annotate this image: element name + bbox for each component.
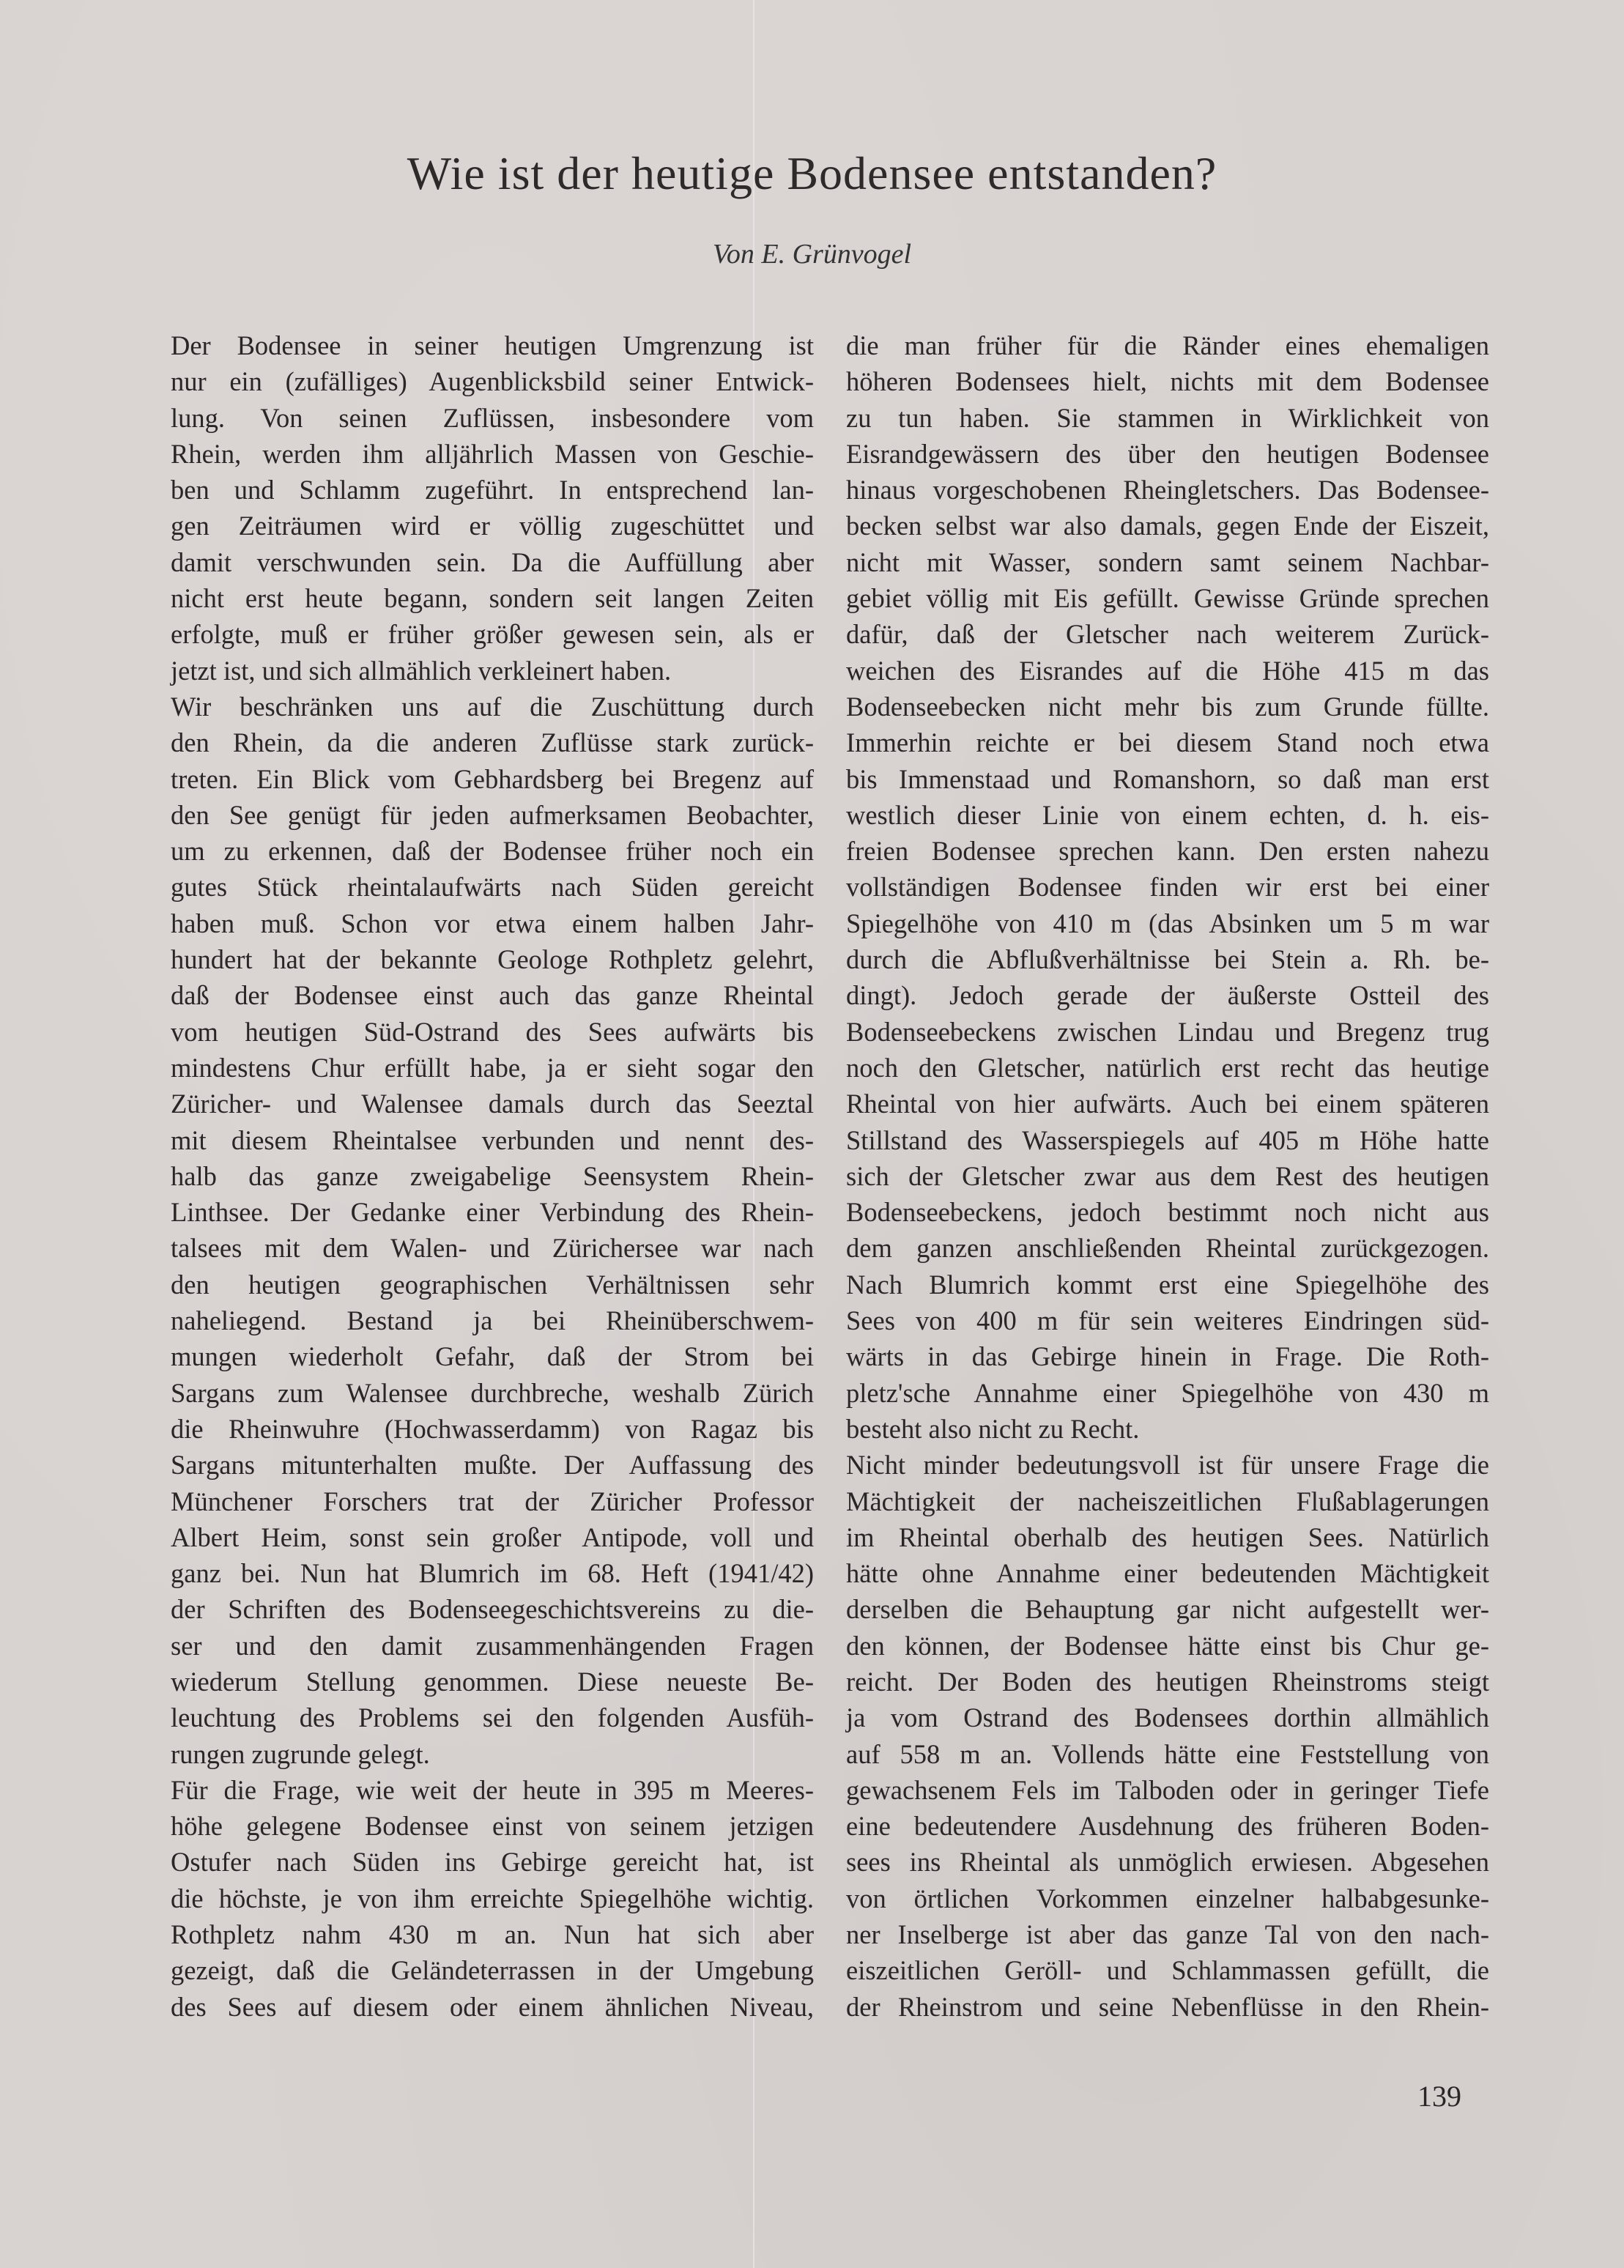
article-byline: Von E. Grünvogel bbox=[0, 238, 1624, 270]
text-line: derselben die Behauptung gar nicht aufge… bbox=[846, 1591, 1489, 1627]
text-line: gutes Stück rheintalaufwärts nach Süden … bbox=[171, 869, 814, 905]
text-line: sich der Gletscher zwar aus dem Rest des… bbox=[846, 1158, 1489, 1194]
text-line: erfolgte, muß er früher größer gewesen s… bbox=[171, 616, 814, 652]
text-line: pletz'sche Annahme einer Spiegelhöhe von… bbox=[846, 1375, 1489, 1411]
text-line: mungen wiederholt Gefahr, daß der Strom … bbox=[171, 1338, 814, 1374]
text-line: lung. Von seinen Zuflüssen, insbesondere… bbox=[171, 400, 814, 436]
text-line: sees ins Rheintal als unmöglich erwiesen… bbox=[846, 1844, 1489, 1880]
text-line: Münchener Forschers trat der Züricher Pr… bbox=[171, 1483, 814, 1519]
text-line: Für die Frage, wie weit der heute in 395… bbox=[171, 1772, 814, 1808]
text-line: eiszeitlichen Geröll- und Schlammassen g… bbox=[846, 1952, 1489, 1988]
text-line: hätte ohne Annahme einer bedeutenden Mäc… bbox=[846, 1555, 1489, 1591]
text-line: ganz bei. Nun hat Blumrich im 68. Heft (… bbox=[171, 1555, 814, 1591]
text-line: die höchste, je von ihm erreichte Spiege… bbox=[171, 1880, 814, 1916]
text-line: damit verschwunden sein. Da die Auffüllu… bbox=[171, 544, 814, 580]
text-line: rungen zugrunde gelegt. bbox=[171, 1736, 814, 1772]
text-line: den See genügt für jeden aufmerksamen Be… bbox=[171, 797, 814, 833]
text-line: der Schriften des Bodenseegeschichtsvere… bbox=[171, 1591, 814, 1627]
text-line: naheliegend. Bestand ja bei Rheinübersch… bbox=[171, 1302, 814, 1338]
text-line: becken selbst war also damals, gegen End… bbox=[846, 508, 1489, 544]
left-text-column: Der Bodensee in seiner heutigen Umgrenzu… bbox=[171, 327, 814, 2025]
text-line: nicht mit Wasser, sondern samt seinem Na… bbox=[846, 544, 1489, 580]
text-line: Rothpletz nahm 430 m an. Nun hat sich ab… bbox=[171, 1916, 814, 1952]
text-line: ner Inselberge ist aber das ganze Tal vo… bbox=[846, 1916, 1489, 1952]
text-line: Rhein, werden ihm alljährlich Massen von… bbox=[171, 436, 814, 472]
text-line: dingt). Jedoch gerade der äußerste Ostte… bbox=[846, 977, 1489, 1013]
text-line: des Sees auf diesem oder einem ähnlichen… bbox=[171, 1989, 814, 2025]
text-line: bis Immenstaad und Romanshorn, so daß ma… bbox=[846, 761, 1489, 797]
text-line: hinaus vorgeschobenen Rheingletschers. D… bbox=[846, 472, 1489, 508]
text-line: haben muß. Schon vor etwa einem halben J… bbox=[171, 905, 814, 941]
text-line: freien Bodensee sprechen kann. Den erste… bbox=[846, 833, 1489, 869]
text-line: Albert Heim, sonst sein großer Antipode,… bbox=[171, 1519, 814, 1555]
text-line: Nach Blumrich kommt erst eine Spiegelhöh… bbox=[846, 1267, 1489, 1302]
text-line: Wir beschränken uns auf die Zuschüttung … bbox=[171, 689, 814, 724]
text-line: im Rheintal oberhalb des heutigen Sees. … bbox=[846, 1519, 1489, 1555]
text-line: weichen des Eisrandes auf die Höhe 415 m… bbox=[846, 653, 1489, 689]
text-line: den heutigen geographischen Verhältnisse… bbox=[171, 1267, 814, 1302]
text-line: um zu erkennen, daß der Bodensee früher … bbox=[171, 833, 814, 869]
text-line: treten. Ein Blick vom Gebhardsberg bei B… bbox=[171, 761, 814, 797]
text-line: westlich dieser Linie von einem echten, … bbox=[846, 797, 1489, 833]
text-line: höhe gelegene Bodensee einst von seinem … bbox=[171, 1808, 814, 1844]
text-line: Sees von 400 m für sein weiteres Eindrin… bbox=[846, 1302, 1489, 1338]
text-line: den können, der Bodensee hätte einst bis… bbox=[846, 1628, 1489, 1664]
text-line: gebiet völlig mit Eis gefüllt. Gewisse G… bbox=[846, 580, 1489, 616]
text-line: höheren Bodensees hielt, nichts mit dem … bbox=[846, 363, 1489, 399]
text-line: leuchtung des Problems sei den folgenden… bbox=[171, 1700, 814, 1735]
text-line: daß der Bodensee einst auch das ganze Rh… bbox=[171, 977, 814, 1013]
text-line: Nicht minder bedeutungsvoll ist für unse… bbox=[846, 1447, 1489, 1483]
text-line: gezeigt, daß die Geländeterrassen in der… bbox=[171, 1952, 814, 1988]
text-line: auf 558 m an. Vollends hätte eine Festst… bbox=[846, 1736, 1489, 1772]
text-line: noch den Gletscher, natürlich erst recht… bbox=[846, 1050, 1489, 1086]
page-number: 139 bbox=[1417, 2079, 1461, 2113]
text-line: ben und Schlamm zugeführt. In entspreche… bbox=[171, 472, 814, 508]
text-line: vom heutigen Süd-Ostrand des Sees aufwär… bbox=[171, 1014, 814, 1050]
text-line: zu tun haben. Sie stammen in Wirklichkei… bbox=[846, 400, 1489, 436]
scanned-page: Wie ist der heutige Bodensee entstanden?… bbox=[0, 0, 1624, 2268]
text-line: durch die Abflußverhältnisse bei Stein a… bbox=[846, 941, 1489, 977]
text-line: Eisrandgewässern des über den heutigen B… bbox=[846, 436, 1489, 472]
text-line: Linthsee. Der Gedanke einer Verbindung d… bbox=[171, 1194, 814, 1230]
text-line: Rheintal von hier aufwärts. Auch bei ein… bbox=[846, 1086, 1489, 1122]
text-line: Sargans zum Walensee durchbreche, weshal… bbox=[171, 1375, 814, 1411]
text-line: den Rhein, da die anderen Zuflüsse stark… bbox=[171, 724, 814, 760]
text-line: Immerhin reichte er bei diesem Stand noc… bbox=[846, 724, 1489, 760]
text-line: mit diesem Rheintalsee verbunden und nen… bbox=[171, 1122, 814, 1158]
text-line: vollständigen Bodensee finden wir erst b… bbox=[846, 869, 1489, 905]
text-line: besteht also nicht zu Recht. bbox=[846, 1411, 1489, 1447]
text-line: dem ganzen anschließenden Rheintal zurüc… bbox=[846, 1230, 1489, 1266]
text-line: talsees mit dem Walen- und Zürichersee w… bbox=[171, 1230, 814, 1266]
text-line: dafür, daß der Gletscher nach weiterem Z… bbox=[846, 616, 1489, 652]
text-line: Spiegelhöhe von 410 m (das Absinken um 5… bbox=[846, 905, 1489, 941]
text-line: die Rheinwuhre (Hochwasserdamm) von Raga… bbox=[171, 1411, 814, 1447]
text-line: wiederum Stellung genommen. Diese neuest… bbox=[171, 1664, 814, 1700]
text-line: ja vom Ostrand des Bodensees dorthin all… bbox=[846, 1700, 1489, 1735]
text-line: Der Bodensee in seiner heutigen Umgrenzu… bbox=[171, 327, 814, 363]
text-line: der Rheinstrom und seine Nebenflüsse in … bbox=[846, 1989, 1489, 2025]
text-line: eine bedeutendere Ausdehnung des frühere… bbox=[846, 1808, 1489, 1844]
text-line: halb das ganze zweigabelige Seensystem R… bbox=[171, 1158, 814, 1194]
text-line: mindestens Chur erfüllt habe, ja er sieh… bbox=[171, 1050, 814, 1086]
text-line: wärts in das Gebirge hinein in Frage. Di… bbox=[846, 1338, 1489, 1374]
text-line: Mächtigkeit der nacheiszeitlichen Flußab… bbox=[846, 1483, 1489, 1519]
right-text-column: die man früher für die Ränder eines ehem… bbox=[846, 327, 1489, 2025]
text-line: reicht. Der Boden des heutigen Rheinstro… bbox=[846, 1664, 1489, 1700]
article-title: Wie ist der heutige Bodensee entstanden? bbox=[0, 147, 1624, 201]
text-line: gen Zeiträumen wird er völlig zugeschütt… bbox=[171, 508, 814, 544]
text-line: Bodenseebeckens zwischen Lindau und Breg… bbox=[846, 1014, 1489, 1050]
text-line: von örtlichen Vorkommen einzelner halbab… bbox=[846, 1880, 1489, 1916]
text-line: gewachsenem Fels im Talboden oder in ger… bbox=[846, 1772, 1489, 1808]
text-line: Sargans mitunterhalten mußte. Der Auffas… bbox=[171, 1447, 814, 1483]
text-line: Züricher- und Walensee damals durch das … bbox=[171, 1086, 814, 1122]
text-line: Bodenseebeckens, jedoch bestimmt noch ni… bbox=[846, 1194, 1489, 1230]
text-line: Ostufer nach Süden ins Gebirge gereicht … bbox=[171, 1844, 814, 1880]
text-line: jetzt ist, und sich allmählich verkleine… bbox=[171, 653, 814, 689]
text-line: Stillstand des Wasserspiegels auf 405 m … bbox=[846, 1122, 1489, 1158]
text-line: nicht erst heute begann, sondern seit la… bbox=[171, 580, 814, 616]
text-line: nur ein (zufälliges) Augenblicksbild sei… bbox=[171, 363, 814, 399]
text-line: ser und den damit zusammenhängenden Frag… bbox=[171, 1628, 814, 1664]
text-line: die man früher für die Ränder eines ehem… bbox=[846, 327, 1489, 363]
text-line: Bodenseebecken nicht mehr bis zum Grunde… bbox=[846, 689, 1489, 724]
text-line: hundert hat der bekannte Geologe Rothple… bbox=[171, 941, 814, 977]
